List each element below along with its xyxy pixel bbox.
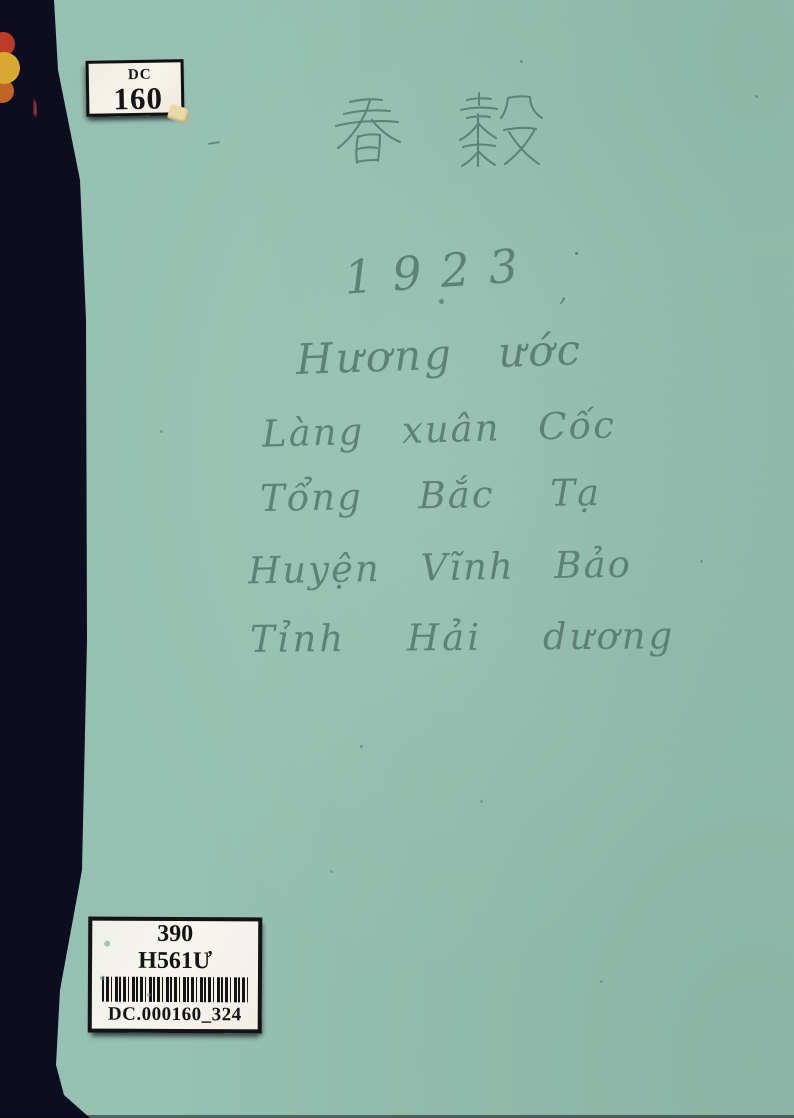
call-number-cutter: H561Ư — [138, 948, 212, 975]
barcode — [102, 976, 248, 1002]
stray-ink-mark: ’ — [558, 292, 567, 325]
shelf-label-top: DC 160 — [86, 59, 185, 117]
handwritten-province-line: Tỉnh Hải dương — [250, 614, 676, 661]
mold-spot — [104, 941, 110, 947]
handwritten-district-line: Huyện Vĩnh Bảo — [248, 543, 633, 593]
spine-shape — [0, 0, 90, 1118]
call-number-label: 390 H561Ư DC.000160_324 — [88, 917, 263, 1034]
scanned-book-cover: DC 160 — [0, 0, 794, 1118]
chinese-title-calligraphy — [330, 90, 550, 168]
shelf-label-number: 160 — [89, 82, 182, 115]
call-number-classification: 390 — [157, 921, 193, 948]
handwritten-title-line: Hương ước — [295, 325, 584, 384]
handwritten-canton-line: Tổng Bắc Tạ — [260, 471, 602, 520]
barcode-id: DC.000160_324 — [108, 1003, 242, 1026]
